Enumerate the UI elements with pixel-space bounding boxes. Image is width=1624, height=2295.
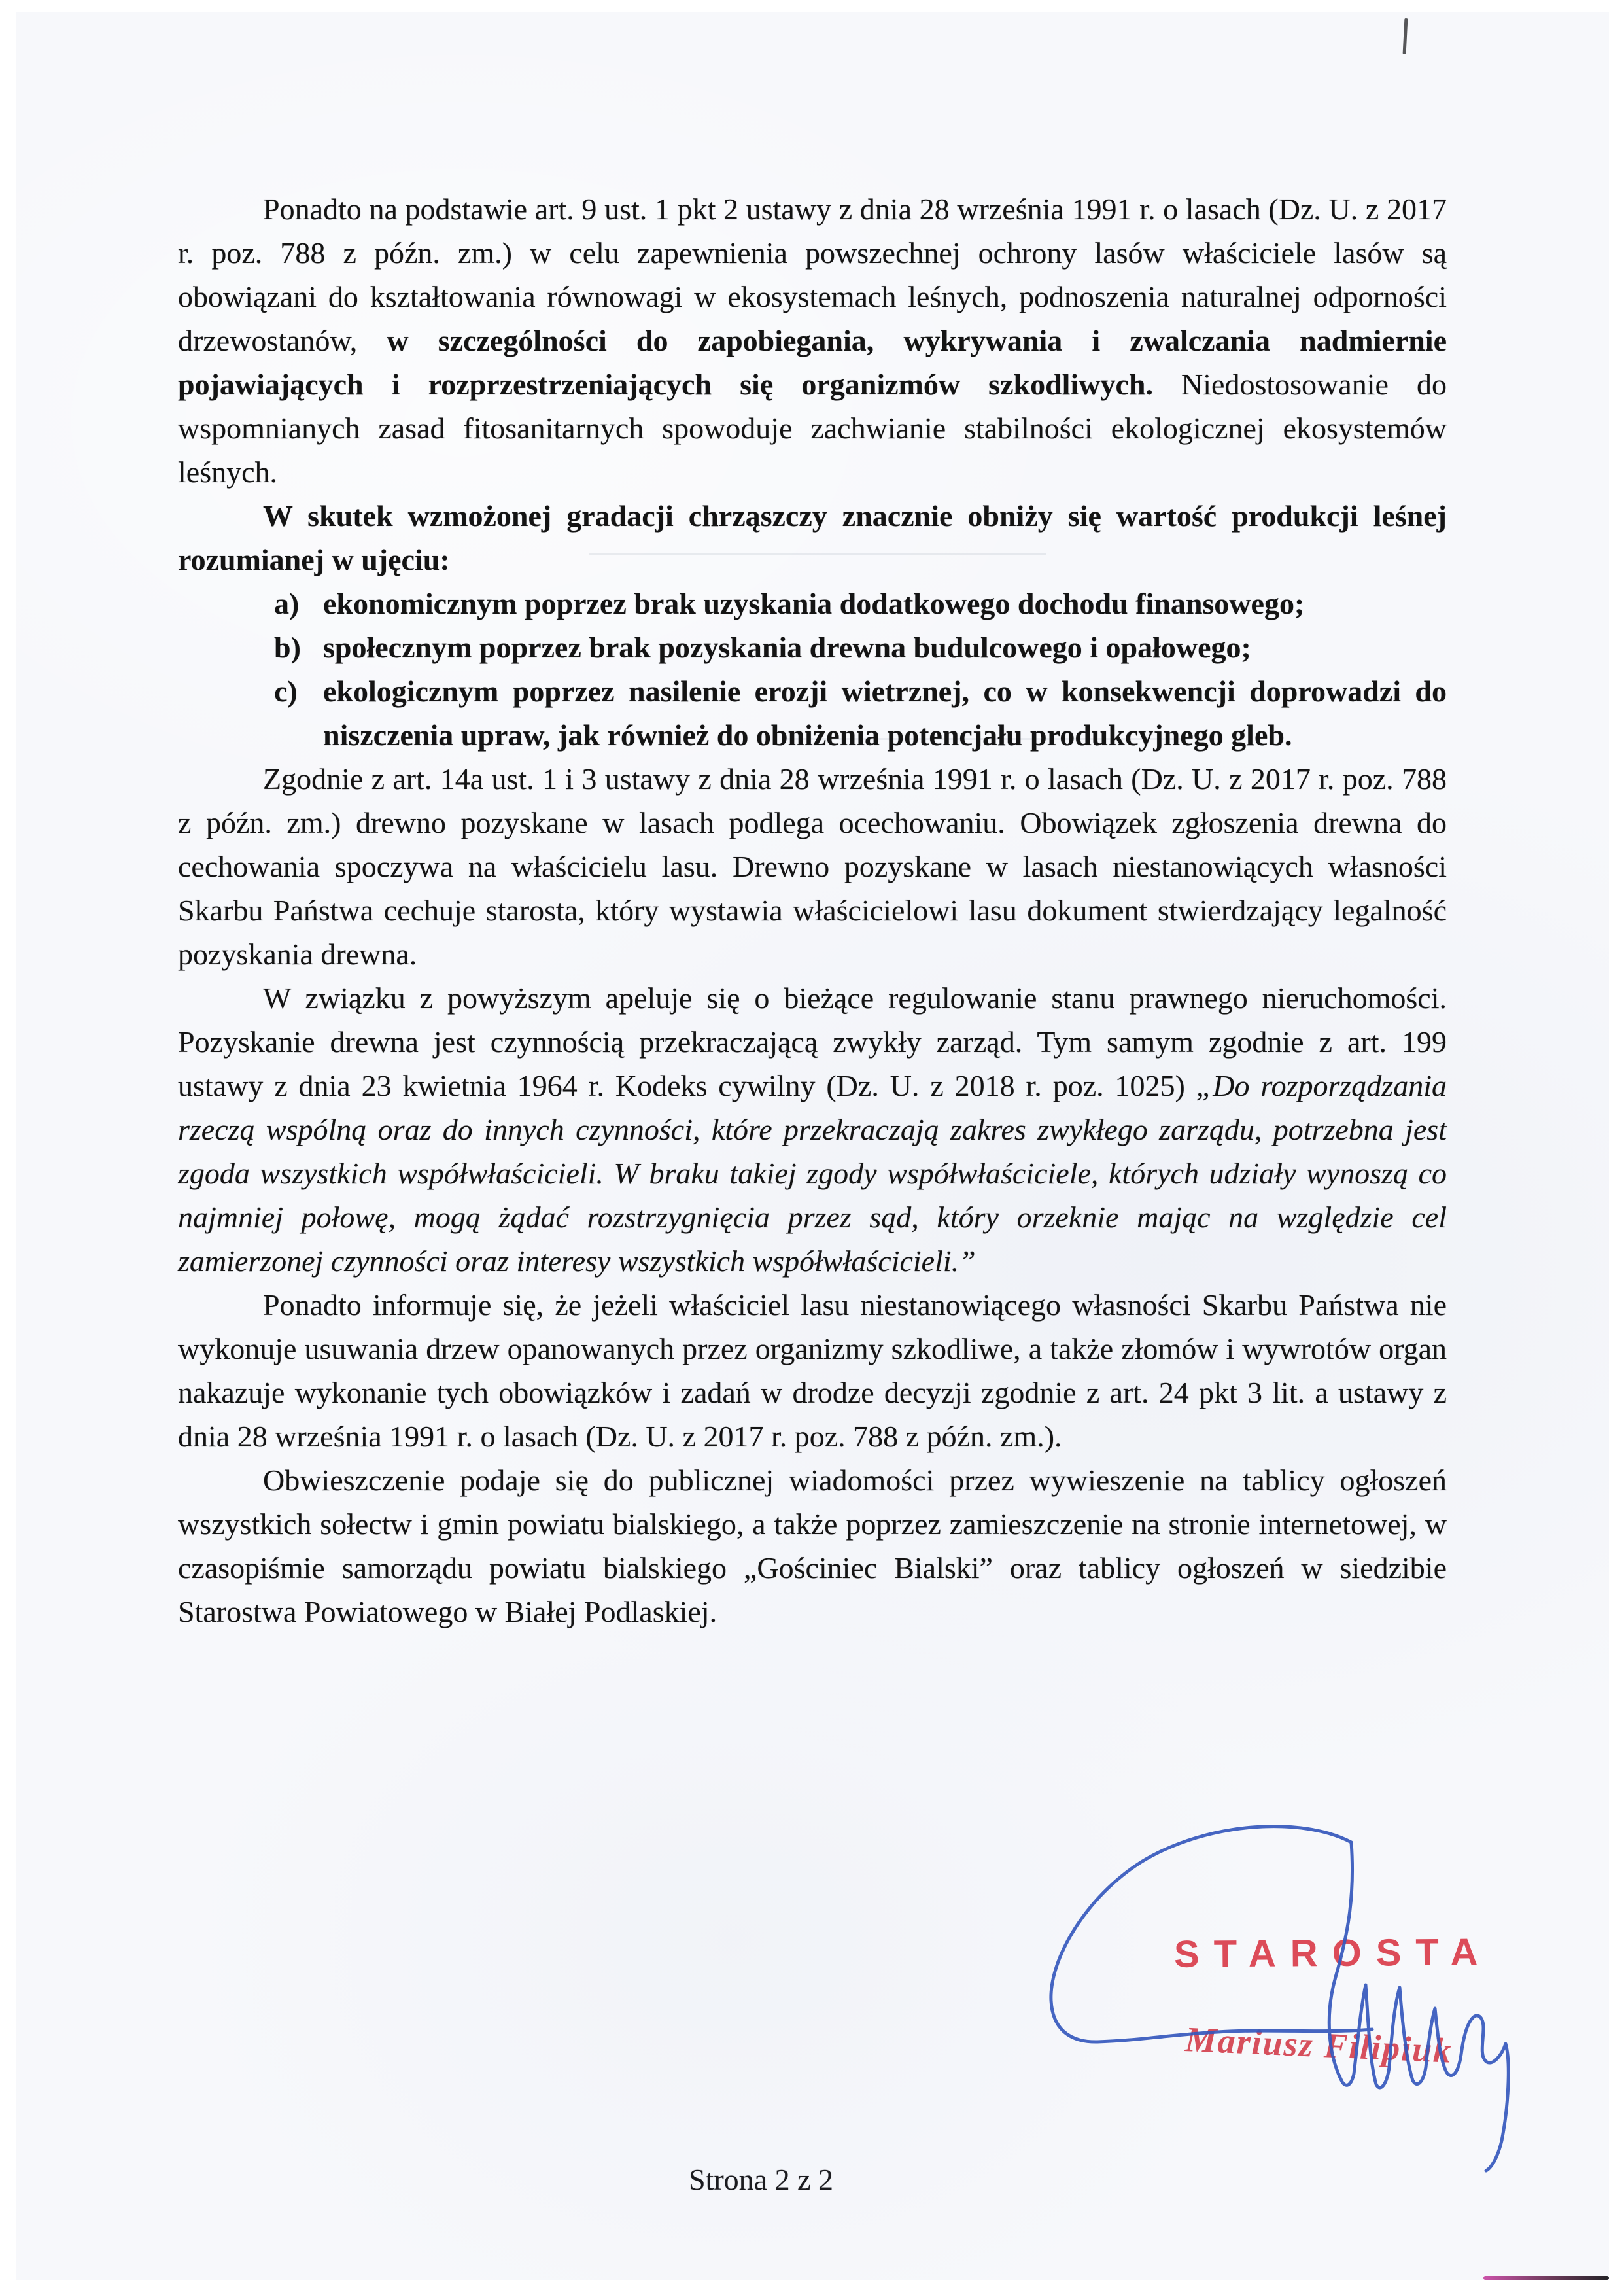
paragraph-obwieszczenie: Obwieszczenie podaje się do publicznej w…: [178, 1458, 1447, 1634]
list-item: b) społecznym poprzez brak pozyskania dr…: [178, 625, 1447, 669]
list-item-text: społecznym poprzez brak pozyskania drewn…: [323, 631, 1251, 664]
list-item-label: a): [274, 582, 299, 625]
list-item-label: c): [274, 669, 298, 713]
list-item: a) ekonomicznym poprzez brak uzyskania d…: [178, 582, 1447, 625]
consequences-list: a) ekonomicznym poprzez brak uzyskania d…: [178, 582, 1447, 757]
footer-page-number: Strona 2 z 2: [0, 2162, 1573, 2197]
paragraph-gradacja-intro: W skutek wzmożonej gradacji chrząszczy z…: [178, 494, 1447, 582]
scanned-document-page: { "colors": { "paper": "#f7f8fb", "ink":…: [0, 0, 1624, 2295]
paragraph-cechowanie: Zgodnie z art. 14a ust. 1 i 3 ustawy z d…: [178, 757, 1447, 976]
document-body: Ponadto na podstawie art. 9 ust. 1 pkt 2…: [178, 187, 1447, 1634]
signature-loop-stroke: [1051, 1827, 1372, 2042]
paragraph-kodeks-cywilny: W związku z powyższym apeluje się o bież…: [178, 976, 1447, 1283]
signature-scribble-stroke: [1329, 1842, 1508, 2171]
list-item-text: ekonomicznym poprzez brak uzyskania doda…: [323, 587, 1304, 620]
paragraph-decyzja: Ponadto informuje się, że jeżeli właścic…: [178, 1283, 1447, 1458]
scan-artifact-bottom: [1483, 2276, 1609, 2280]
list-item: c) ekologicznym poprzez nasilenie erozji…: [178, 669, 1447, 757]
list-item-text: ekologicznym poprzez nasilenie erozji wi…: [323, 674, 1447, 752]
signature-ink: [1007, 1806, 1544, 2198]
paragraph-lasy-ochrona: Ponadto na podstawie art. 9 ust. 1 pkt 2…: [178, 187, 1447, 494]
list-item-label: b): [274, 625, 301, 669]
